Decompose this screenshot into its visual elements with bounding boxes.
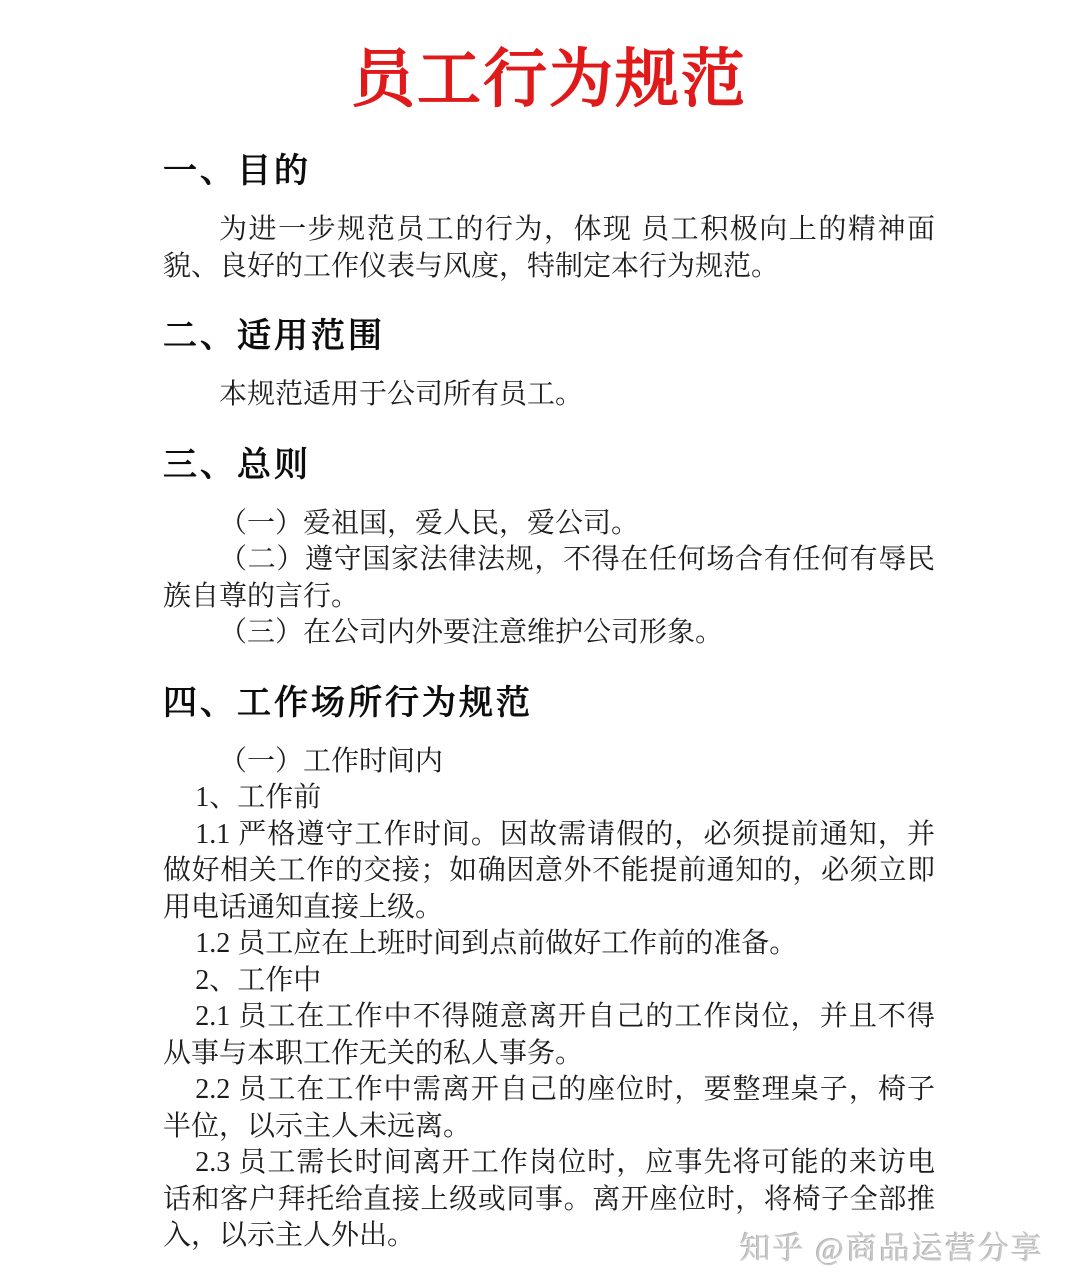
list-item: （一）爱祖国，爱人民，爱公司。: [163, 506, 935, 543]
document-title: 员工行为规范: [163, 40, 935, 120]
paragraph: 为进一步规范员工的行为，体现 员工积极向上的精神面貌、良好的工作仪表与风度，特制…: [163, 212, 935, 285]
section-workplace-rules-heading: 四、工作场所行为规范: [163, 682, 935, 726]
list-item: 2、工作中: [163, 963, 935, 1000]
list-item: 1.1 严格遵守工作时间。因故需请假的，必须提前通知，并做好相关工作的交接；如确…: [163, 817, 935, 927]
list-item: （一）工作时间内: [163, 744, 935, 781]
list-item: 2.1 员工在工作中不得随意离开自己的工作岗位，并且不得从事与本职工作无关的私人…: [163, 999, 935, 1072]
document-page: 员工行为规范 一、目的 为进一步规范员工的行为，体现 员工积极向上的精神面貌、良…: [0, 0, 1080, 1284]
section-scope-heading: 二、适用范围: [163, 315, 935, 359]
list-item: 1.2 员工应在上班时间到点前做好工作前的准备。: [163, 926, 935, 963]
list-item: 2.2 员工在工作中需离开自己的座位时，要整理桌子，椅子半位，以示主人未远离。: [163, 1072, 935, 1145]
section-purpose-heading: 一、目的: [163, 150, 935, 194]
list-item: 1、工作前: [163, 780, 935, 817]
list-item: （三）在公司内外要注意维护公司形象。: [163, 615, 935, 652]
section-general-rules-heading: 三、总则: [163, 444, 935, 488]
section-purpose: 一、目的 为进一步规范员工的行为，体现 员工积极向上的精神面貌、良好的工作仪表与…: [163, 150, 935, 285]
section-workplace-rules: 四、工作场所行为规范 （一）工作时间内 1、工作前 1.1 严格遵守工作时间。因…: [163, 682, 935, 1255]
section-scope: 二、适用范围 本规范适用于公司所有员工。: [163, 315, 935, 414]
section-general-rules: 三、总则 （一）爱祖国，爱人民，爱公司。 （二）遵守国家法律法规，不得在任何场合…: [163, 444, 935, 652]
watermark: 知乎 @商品运营分享: [740, 1223, 1044, 1268]
document-content: 员工行为规范 一、目的 为进一步规范员工的行为，体现 员工积极向上的精神面貌、良…: [0, 40, 1080, 1255]
list-item: （二）遵守国家法律法规，不得在任何场合有任何有辱民族自尊的言行。: [163, 542, 935, 615]
paragraph: 本规范适用于公司所有员工。: [163, 377, 935, 414]
